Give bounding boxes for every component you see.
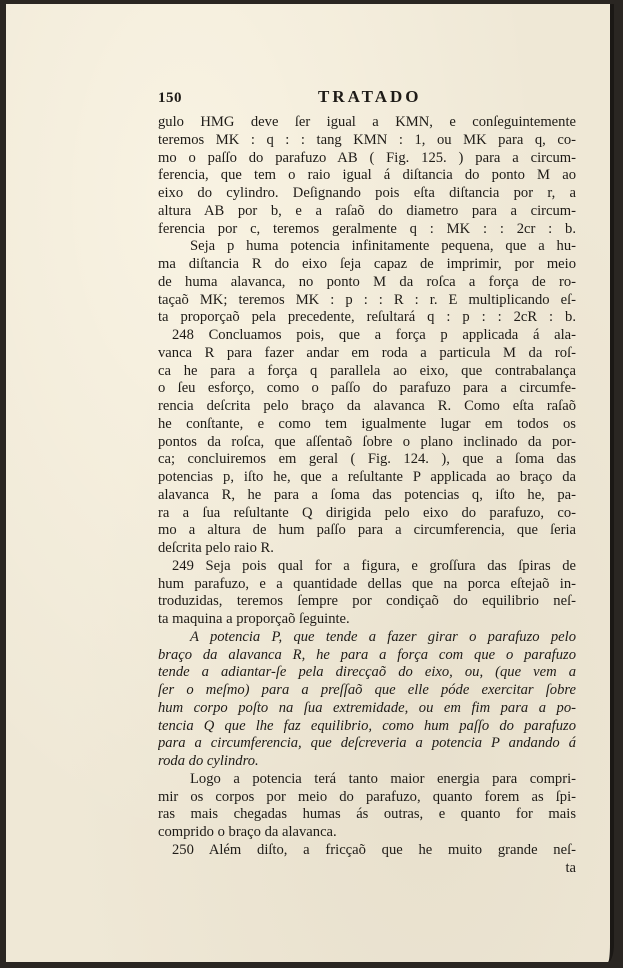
text-line: eixo do cylindro. Deſignando pois eſta d… — [158, 185, 576, 203]
text-line: o ſeu esforço, como o paſſo do parafuzo … — [158, 380, 576, 398]
text-line: mir os corpos por meio do parafuzo, quan… — [158, 789, 576, 807]
text-line: he conſtante, e como tem igualmente luga… — [158, 416, 576, 434]
text-line: potencias p, iſto he, que a reſultante P… — [158, 469, 576, 487]
text-line: altura AB por b, e a raſaõ do diametro p… — [158, 203, 576, 221]
text-line: mo o paſſo do parafuzo AB ( Fig. 125. ) … — [158, 150, 576, 168]
text-line: ra a ſua reſultante Q dirigida pelo eixo… — [158, 505, 576, 523]
page-text-block: 150 TRATADO gulo HMG deve ſer igual a KM… — [158, 88, 576, 877]
text-line: comprido o braço da alavanca. — [158, 824, 576, 842]
page-header: 150 TRATADO — [158, 88, 576, 110]
text-line: de huma alavanca, no ponto M da roſca a … — [158, 274, 576, 292]
text-line: alavanca R, he para a ſoma das potencias… — [158, 487, 576, 505]
book-page: 150 TRATADO gulo HMG deve ſer igual a KM… — [6, 4, 614, 962]
text-line: mo a altura de hum paſſo para a circumfe… — [158, 522, 576, 540]
text-line: ferencia, que tem o raio igual á diſtanc… — [158, 167, 576, 185]
text-line: ras mais chegadas humas ás outras, e qua… — [158, 806, 576, 824]
text-line: hum parafuzo, e a quantidade dellas que … — [158, 576, 576, 594]
text-line: tende a adiantar-ſe pela direcçaõ do eix… — [158, 664, 576, 682]
text-line: tencia Q que lhe faz equilibrio, como hu… — [158, 718, 576, 736]
text-line: pontos da roſca, que aſſentaõ ſobre o pl… — [158, 434, 576, 452]
text-line: ca he para a força q parallela ao eixo, … — [158, 363, 576, 381]
text-line: deſcrita pelo raio R. — [158, 540, 576, 558]
running-title: TRATADO — [318, 88, 422, 106]
text-line: vanca R para fazer andar em roda a parti… — [158, 345, 576, 363]
text-line: ta proporçaõ pela precedente, reſultará … — [158, 309, 576, 327]
text-line: ſer o meſmo) para a preſſaõ que elle pód… — [158, 682, 576, 700]
text-line: taçaõ MK; teremos MK : p : : R : r. E mu… — [158, 292, 576, 310]
text-line: Logo a potencia terá tanto maior energia… — [158, 771, 576, 789]
text-line: 249 Seja pois qual for a figura, e groſſ… — [158, 558, 576, 576]
text-line: rencia deſcrita pelo braço da alavanca R… — [158, 398, 576, 416]
text-line: gulo HMG deve ſer igual a KMN, e conſegu… — [158, 114, 576, 132]
text-line: ferencia por c, teremos geralmente q : M… — [158, 221, 576, 239]
text-line: para a circumferencia, que deſcreveria a… — [158, 735, 576, 753]
text-line: A potencia P, que tende a fazer girar o … — [158, 629, 576, 647]
text-line: ca; concluiremos em geral ( Fig. 124. ),… — [158, 451, 576, 469]
body-text: gulo HMG deve ſer igual a KMN, e conſegu… — [158, 114, 576, 860]
text-line: 248 Concluamos pois, que a força p appli… — [158, 327, 576, 345]
catchword: ta — [158, 860, 576, 878]
page-number: 150 — [158, 90, 318, 108]
text-line: teremos MK : q : : tang KMN : 1, ou MK p… — [158, 132, 576, 150]
text-line: troduzidas, teremos ſempre por condiçaõ … — [158, 593, 576, 611]
text-line: Seja p huma potencia infinitamente peque… — [158, 238, 576, 256]
text-line: ma diſtancia R do eixo ſeja capaz de imp… — [158, 256, 576, 274]
text-line: braço da alavanca R, he para a força com… — [158, 647, 576, 665]
text-line: hum corpo poſto na ſua extremidade, ou e… — [158, 700, 576, 718]
text-line: roda do cylindro. — [158, 753, 576, 771]
text-line: ta maquina a proporçaõ ſeguinte. — [158, 611, 576, 629]
text-line: 250 Além diſto, a fricçaõ que he muito g… — [158, 842, 576, 860]
